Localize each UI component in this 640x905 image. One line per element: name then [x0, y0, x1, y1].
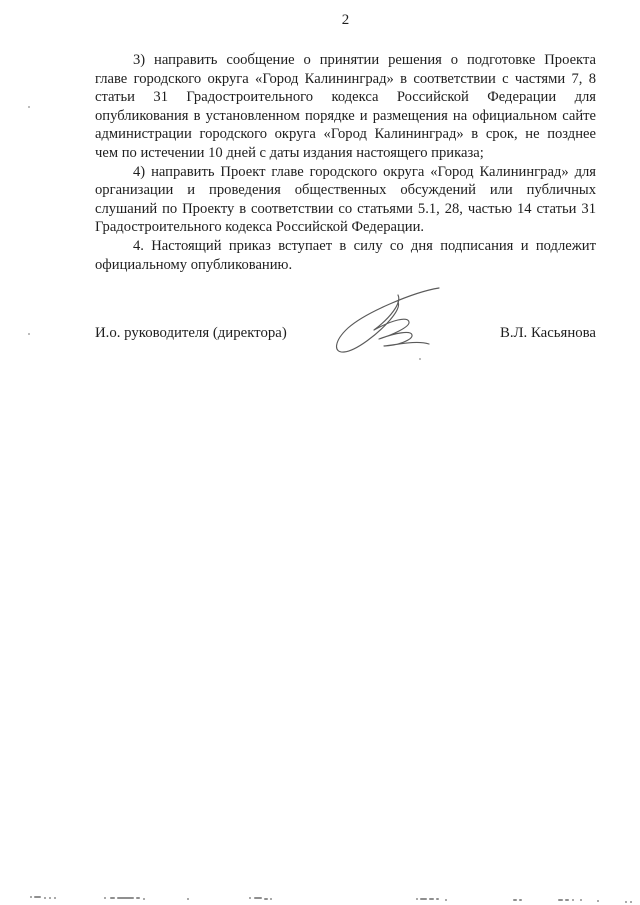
scan-dash — [104, 897, 106, 899]
scan-dash — [30, 896, 32, 898]
scan-dash — [519, 899, 522, 901]
text-line: 4) направить Проект главе городского окр… — [95, 163, 596, 182]
text-line: чем по истечении 10 дней с даты издания … — [95, 144, 596, 163]
scan-speck — [28, 106, 30, 108]
scan-dash — [558, 899, 563, 901]
text-line: 3) направить сообщение о принятии решени… — [95, 51, 596, 70]
document-body: 3) направить сообщение о принятии решени… — [95, 51, 596, 274]
scan-dash — [597, 900, 599, 902]
signatory-name: В.Л. Касьянова — [500, 325, 596, 342]
scan-dash — [436, 898, 439, 900]
scan-dash — [445, 899, 447, 901]
scan-speck — [419, 358, 421, 360]
scan-dash — [254, 897, 262, 899]
text-line: Градостроительного кодекса Российской Фе… — [95, 218, 596, 237]
text-line: слушаний по Проекту в соответствии со ст… — [95, 200, 596, 219]
text-line: главе городского округа «Город Калинингр… — [95, 70, 596, 89]
document-page: 2 3) направить сообщение о принятии реше… — [0, 0, 640, 905]
text-line: 4. Настоящий приказ вступает в силу со д… — [95, 237, 596, 256]
scan-dash — [110, 897, 115, 899]
scan-speck — [253, 52, 255, 54]
scan-dash — [34, 896, 41, 898]
scan-dash — [572, 899, 574, 901]
scan-dash — [416, 898, 418, 900]
handwritten-signature-icon — [332, 282, 450, 362]
scan-dash — [117, 897, 134, 899]
scan-dash — [630, 901, 632, 903]
text-line: опубликования в установленном порядке и … — [95, 107, 596, 126]
scan-dash — [513, 899, 517, 901]
scan-dash — [49, 897, 51, 899]
scan-dash — [143, 898, 145, 900]
scan-dash — [187, 898, 189, 900]
scan-dash — [249, 897, 251, 899]
scan-dash — [580, 899, 582, 901]
scan-speck — [28, 333, 30, 335]
scan-dash — [565, 899, 569, 901]
scan-dash — [264, 898, 268, 900]
scan-dash — [429, 898, 434, 900]
signatory-title: И.о. руководителя (директора) — [95, 325, 287, 342]
scan-dash — [54, 897, 56, 899]
text-line: организации и проведения общественных об… — [95, 181, 596, 200]
text-line: официальному опубликованию. — [95, 256, 596, 275]
scan-dash — [270, 898, 272, 900]
page-number: 2 — [95, 12, 596, 29]
scan-dash — [625, 901, 627, 903]
scan-dash — [420, 898, 427, 900]
scan-dash — [44, 897, 46, 899]
scan-dash — [136, 897, 140, 899]
text-line: администрации городского округа «Город К… — [95, 125, 596, 144]
text-line: статьи 31 Градостроительного кодекса Рос… — [95, 88, 596, 107]
